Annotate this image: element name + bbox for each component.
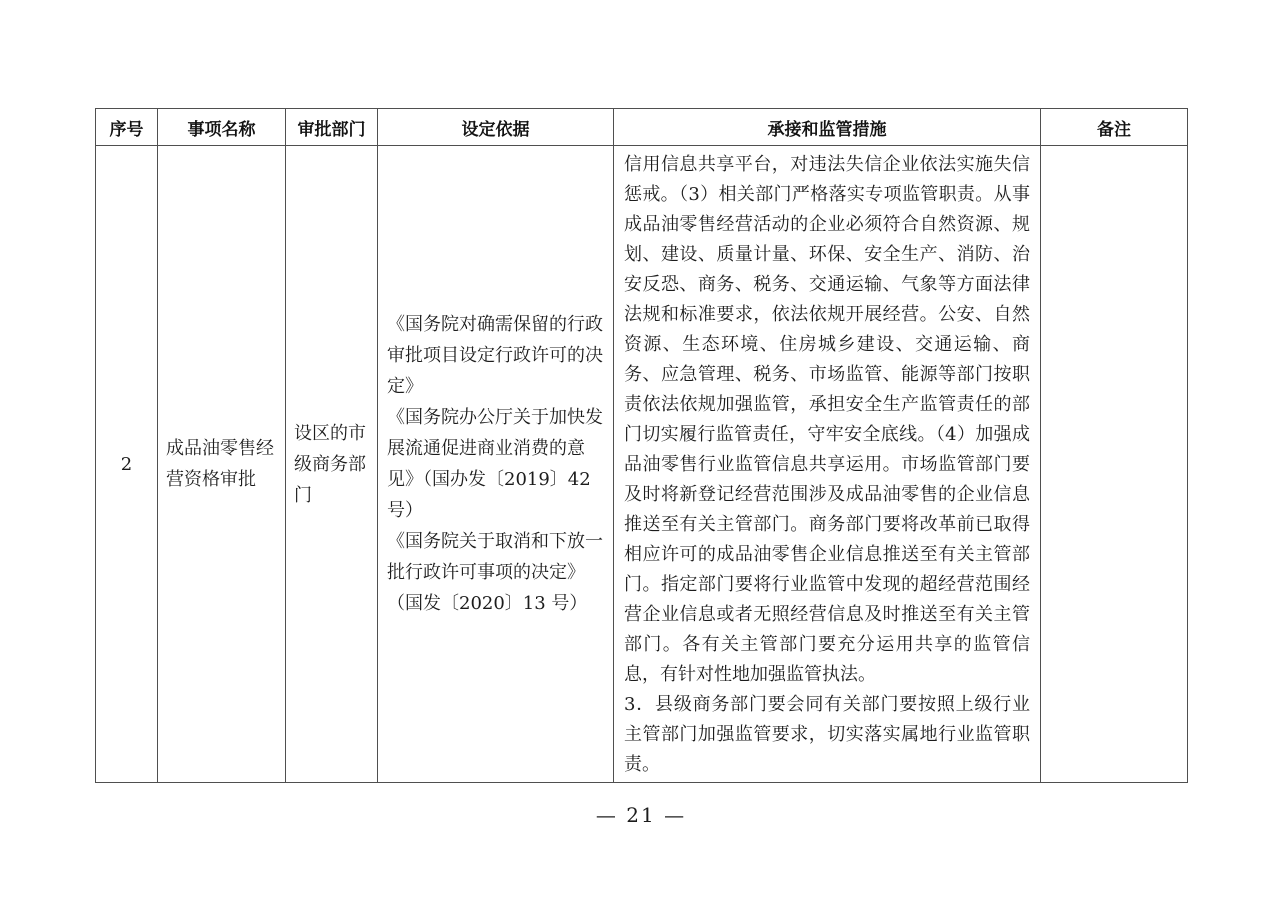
- cell-department: 设区的市级商务部门: [286, 146, 378, 783]
- measures-paragraph: 3．县级商务部门要会同有关部门要按照上级行业主管部门加强监管要求，切实落实属地行…: [624, 690, 1030, 780]
- basis-item: 《国务院对确需保留的行政审批项目设定行政许可的决定》: [387, 309, 604, 402]
- cell-number: 2: [96, 146, 158, 783]
- col-header-number: 序号: [96, 109, 158, 146]
- cell-basis: 《国务院对确需保留的行政审批项目设定行政许可的决定》 《国务院办公厅关于加快发展…: [378, 146, 614, 783]
- page-number: — 21 —: [95, 803, 1187, 827]
- table-row: 2 成品油零售经营资格审批 设区的市级商务部门 《国务院对确需保留的行政审批项目…: [96, 146, 1188, 783]
- basis-item: 《国务院办公厅关于加快发展流通促进商业消费的意见》（国办发〔2019〕42 号）: [387, 402, 604, 526]
- col-header-item-name: 事项名称: [158, 109, 286, 146]
- table-header-row: 序号 事项名称 审批部门 设定依据 承接和监管措施 备注: [96, 109, 1188, 146]
- cell-remarks: [1041, 146, 1188, 783]
- measures-paragraph: 信用信息共享平台，对违法失信企业依法实施失信惩戒。（3）相关部门严格落实专项监管…: [624, 150, 1030, 690]
- basis-item: 《国务院关于取消和下放一批行政许可事项的决定》（国发〔2020〕13 号）: [387, 526, 604, 619]
- col-header-basis: 设定依据: [378, 109, 614, 146]
- approval-items-table: 序号 事项名称 审批部门 设定依据 承接和监管措施 备注 2 成品油零售经营资格…: [95, 108, 1188, 783]
- col-header-department: 审批部门: [286, 109, 378, 146]
- cell-measures: 信用信息共享平台，对违法失信企业依法实施失信惩戒。（3）相关部门严格落实专项监管…: [614, 146, 1041, 783]
- col-header-remarks: 备注: [1041, 109, 1188, 146]
- col-header-measures: 承接和监管措施: [614, 109, 1041, 146]
- cell-item-name: 成品油零售经营资格审批: [158, 146, 286, 783]
